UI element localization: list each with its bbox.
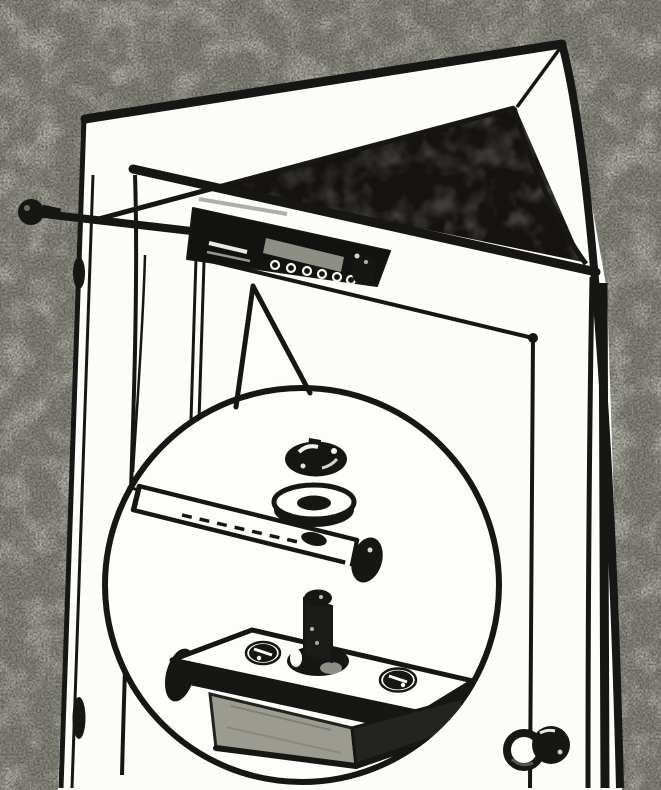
hinge-top xyxy=(73,257,85,289)
pivot-pin-dome xyxy=(304,590,332,607)
pivot-pin-dome-dot xyxy=(319,595,323,599)
pivot-pin-body xyxy=(304,598,332,662)
knurled-nut-glint-2 xyxy=(301,464,306,469)
wall-anchor-knob xyxy=(18,199,44,225)
screw-right-dot xyxy=(401,683,405,687)
lever-arm-cap-glint xyxy=(368,548,373,553)
pivot-pin-speck-1 xyxy=(310,627,314,631)
hinge-bottom xyxy=(73,697,86,739)
pivot-pin-collar-shade xyxy=(320,662,342,674)
scene-svg xyxy=(0,0,661,790)
knurled-nut-glint-1 xyxy=(331,448,337,454)
closer-end-glint-1 xyxy=(355,254,360,259)
pivot-pin-speck-2 xyxy=(315,641,319,645)
washer-hole xyxy=(297,496,331,511)
pivot-pin-collar-glint xyxy=(290,649,302,667)
wall-anchor-glint xyxy=(24,205,30,211)
closer-end-glint-2 xyxy=(364,260,368,264)
door-knob-glint-dot xyxy=(558,750,563,755)
illustration-layers xyxy=(0,0,661,790)
door-right-edge-outer xyxy=(603,283,605,788)
screw-left-dot xyxy=(257,656,261,660)
door-closer-illustration xyxy=(0,0,661,790)
